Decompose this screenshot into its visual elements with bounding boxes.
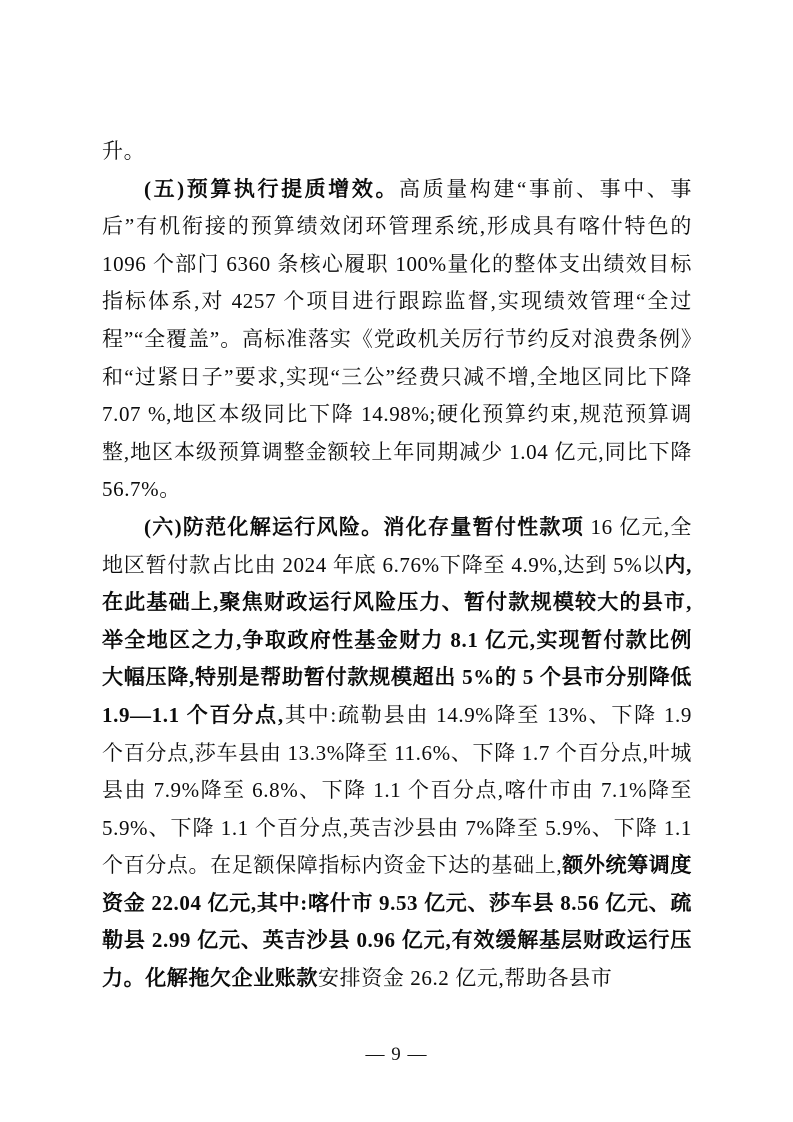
document-page: 升。(五)预算执行提质增效。高质量构建“事前、事中、事后”有机衔接的预算绩效闭环…	[0, 0, 793, 1122]
paragraph: (六)防范化解运行风险。消化存量暂付性款项 16 亿元,全地区暂付款占比由 20…	[102, 509, 692, 998]
text-run: 升。	[102, 139, 145, 163]
paragraph: 升。	[102, 133, 692, 171]
text-run: 安排资金 26.2 亿元,帮助各县市	[318, 966, 612, 990]
paragraph: (五)预算执行提质增效。高质量构建“事前、事中、事后”有机衔接的预算绩效闭环管理…	[102, 171, 692, 509]
emphasis-text-run: (六)防范化解运行风险。消化存量暂付性款项	[144, 515, 584, 539]
text-run: 其中:疏勒县由 14.9%降至 13%、下降 1.9 个百分点,莎车县由 13.…	[102, 703, 692, 877]
emphasis-text-run: (五)预算执行提质增效。	[144, 177, 399, 201]
document-body: 升。(五)预算执行提质增效。高质量构建“事前、事中、事后”有机衔接的预算绩效闭环…	[102, 133, 692, 998]
emphasis-text-run: 内,在此基础上,聚焦财政运行风险压力、暂付款规模较大的县市,举全地区之力,争取政…	[102, 553, 692, 727]
page-number: — 9 —	[0, 1041, 793, 1069]
text-run: 高质量构建“事前、事中、事后”有机衔接的预算绩效闭环管理系统,形成具有喀什特色的…	[102, 177, 692, 502]
